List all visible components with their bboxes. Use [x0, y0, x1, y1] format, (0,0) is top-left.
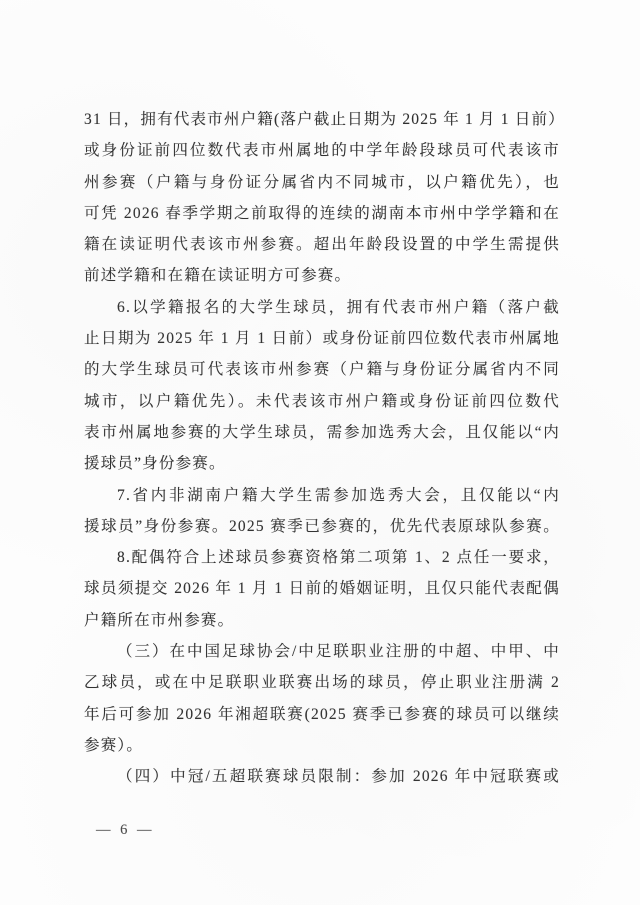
text-line: 援球员”身份参赛。2025 赛季已参赛的，优先代表原球队参赛。 [84, 511, 560, 542]
text-line: 球员须提交 2026 年 1 月 1 日前的婚姻证明，且仅只能代表配偶 [84, 573, 560, 604]
text-line: 州参赛（户籍与身份证分属省内不同城市，以户籍优先），也 [84, 167, 560, 198]
text-line: 止日期为 2025 年 1 月 1 日前）或身份证前四位数代表市州属地 [84, 323, 560, 354]
page-number: — 6 — [96, 822, 155, 839]
text-line: （三）在中国足球协会/中足联职业注册的中超、中甲、中 [84, 636, 560, 667]
text-line: （四）中冠/五超联赛球员限制：参加 2026 年中冠联赛或 [84, 761, 560, 792]
text-line: 6.以学籍报名的大学生球员，拥有代表市州户籍（落户截 [84, 292, 560, 323]
text-line: 援球员”身份参赛。 [84, 448, 560, 479]
text-line: 7.省内非湖南户籍大学生需参加选秀大会，且仅能以“内 [84, 480, 560, 511]
text-line: 籍在读证明代表该市州参赛。超出年龄段设置的中学生需提供 [84, 229, 560, 260]
text-line: 乙球员，或在中足联职业联赛出场的球员，停止职业注册满 2 [84, 667, 560, 698]
text-line: 或身份证前四位数代表市州属地的中学年龄段球员可代表该市 [84, 135, 560, 166]
document-page: 31 日，拥有代表市州户籍(落户截止日期为 2025 年 1 月 1 日前） 或… [0, 0, 640, 905]
text-line: 8.配偶符合上述球员参赛资格第二项第 1、2 点任一要求， [84, 542, 560, 573]
text-line: 的大学生球员可代表该市州参赛（户籍与身份证分属省内不同 [84, 354, 560, 385]
text-line: 年后可参加 2026 年湘超联赛(2025 赛季已参赛的球员可以继续 [84, 699, 560, 730]
text-line: 前述学籍和在籍在读证明方可参赛。 [84, 260, 560, 291]
text-line: 参赛）。 [84, 730, 560, 761]
document-body-text: 31 日，拥有代表市州户籍(落户截止日期为 2025 年 1 月 1 日前） 或… [84, 104, 560, 793]
text-line: 户籍所在市州参赛。 [84, 605, 560, 636]
text-line: 可凭 2026 春季学期之前取得的连续的湖南本市州中学学籍和在 [84, 198, 560, 229]
text-line: 城市，以户籍优先）。未代表该市州户籍或身份证前四位数代 [84, 386, 560, 417]
text-line: 表市州属地参赛的大学生球员，需参加选秀大会，且仅能以“内 [84, 417, 560, 448]
text-line: 31 日，拥有代表市州户籍(落户截止日期为 2025 年 1 月 1 日前） [84, 104, 560, 135]
